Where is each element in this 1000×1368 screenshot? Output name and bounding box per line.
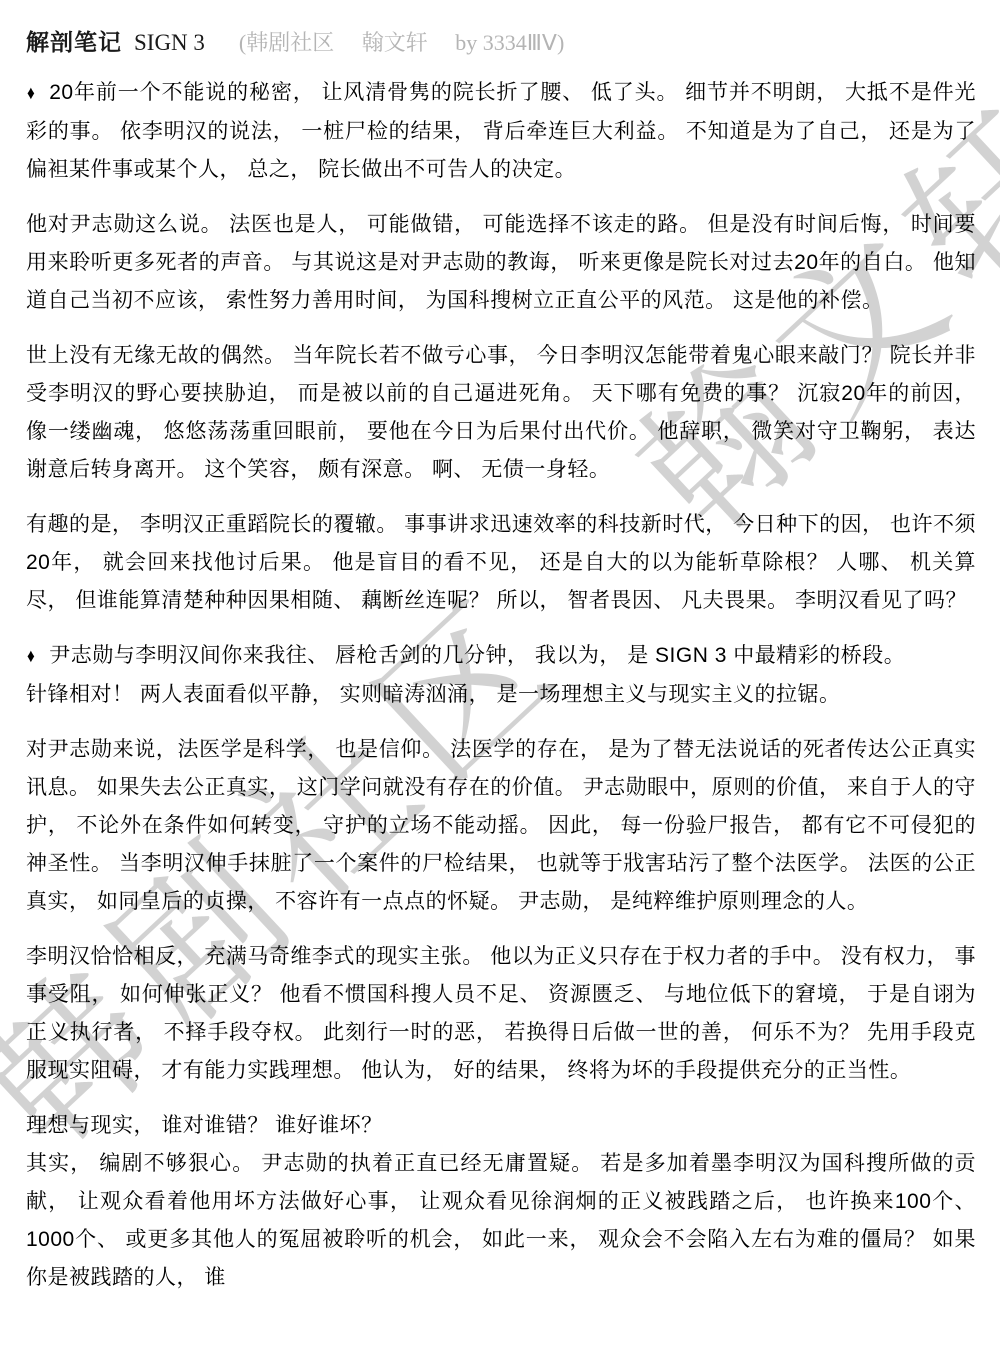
paragraph-repeat-history: 有趣的是， 李明汉正重蹈院长的覆辙。 事事讲求迅速效率的科技新时代， 今日种下的… [26,506,976,620]
paragraph-idealism: 对尹志勋来说，法医学是科学， 也是信仰。 法医学的存在， 是为了替无法说话的死者… [26,731,976,921]
paragraph-text: 有趣的是， 李明汉正重蹈院长的覆辙。 事事讲求迅速效率的科技新时代， 今日种下的… [26,513,976,612]
paragraph-conclusion: 理想与现实， 谁对谁错？ 谁好谁坏？ 其实， 编剧不够狠心。 尹志勋的执着正直已… [26,1107,976,1297]
paragraph-realism: 李明汉恰恰相反， 充满马奇维李式的现实主张。 他以为正义只存在于权力者的手中。 … [26,938,976,1090]
diamond-bullet-icon: ♦ [27,638,35,676]
document-page: 韩剧社区 翰文轩 解剖笔记 SIGN 3 (韩剧社区 翰文轩 by 3334ⅢⅤ… [0,0,1000,1368]
article-content: 解剖笔记 SIGN 3 (韩剧社区 翰文轩 by 3334ⅢⅤ) ♦20年前一个… [0,0,1000,1297]
paragraph-text: 对尹志勋来说，法医学是科学， 也是信仰。 法医学的存在， 是为了替无法说话的死者… [26,738,976,913]
paragraph-text: 世上没有无缘无故的偶然。 当年院长若不做亏心事， 今日李明汉怎能带着鬼心眼来敲门… [26,344,976,481]
page-title: 解剖笔记 [26,24,122,57]
paragraph-text: 李明汉恰恰相反， 充满马奇维李式的现实主张。 他以为正义只存在于权力者的手中。 … [26,945,976,1082]
paragraph-text: 尹志勋与李明汉间你来我往、 唇枪舌剑的几分钟， 我以为， 是 SIGN 3 中最… [26,644,905,706]
paragraph-confrontation: ♦尹志勋与李明汉间你来我往、 唇枪舌剑的几分钟， 我以为， 是 SIGN 3 中… [26,637,976,714]
paragraph-text: 他对尹志勋这么说。 法医也是人， 可能做错， 可能选择不该走的路。 但是没有时间… [26,213,976,312]
diamond-bullet-icon: ♦ [27,75,35,113]
paragraph-director-words: 他对尹志勋这么说。 法医也是人， 可能做错， 可能选择不该走的路。 但是没有时间… [26,206,976,320]
page-title-series: SIGN 3 [134,30,205,56]
paragraph-text: 20年前一个不能说的秘密， 让风清骨隽的院长折了腰、 低了头。 细节并不明朗， … [26,81,976,181]
byline-credit: (韩剧社区 翰文轩 by 3334ⅢⅤ) [239,26,564,57]
title-bar: 解剖笔记 SIGN 3 (韩剧社区 翰文轩 by 3334ⅢⅤ) [26,24,976,57]
paragraph-no-coincidence: 世上没有无缘无故的偶然。 当年院长若不做亏心事， 今日李明汉怎能带着鬼心眼来敲门… [26,337,976,489]
paragraph-text: 理想与现实， 谁对谁错？ 谁好谁坏？ 其实， 编剧不够狠心。 尹志勋的执着正直已… [26,1114,976,1289]
paragraph-secret: ♦20年前一个不能说的秘密， 让风清骨隽的院长折了腰、 低了头。 细节并不明朗，… [26,74,976,189]
